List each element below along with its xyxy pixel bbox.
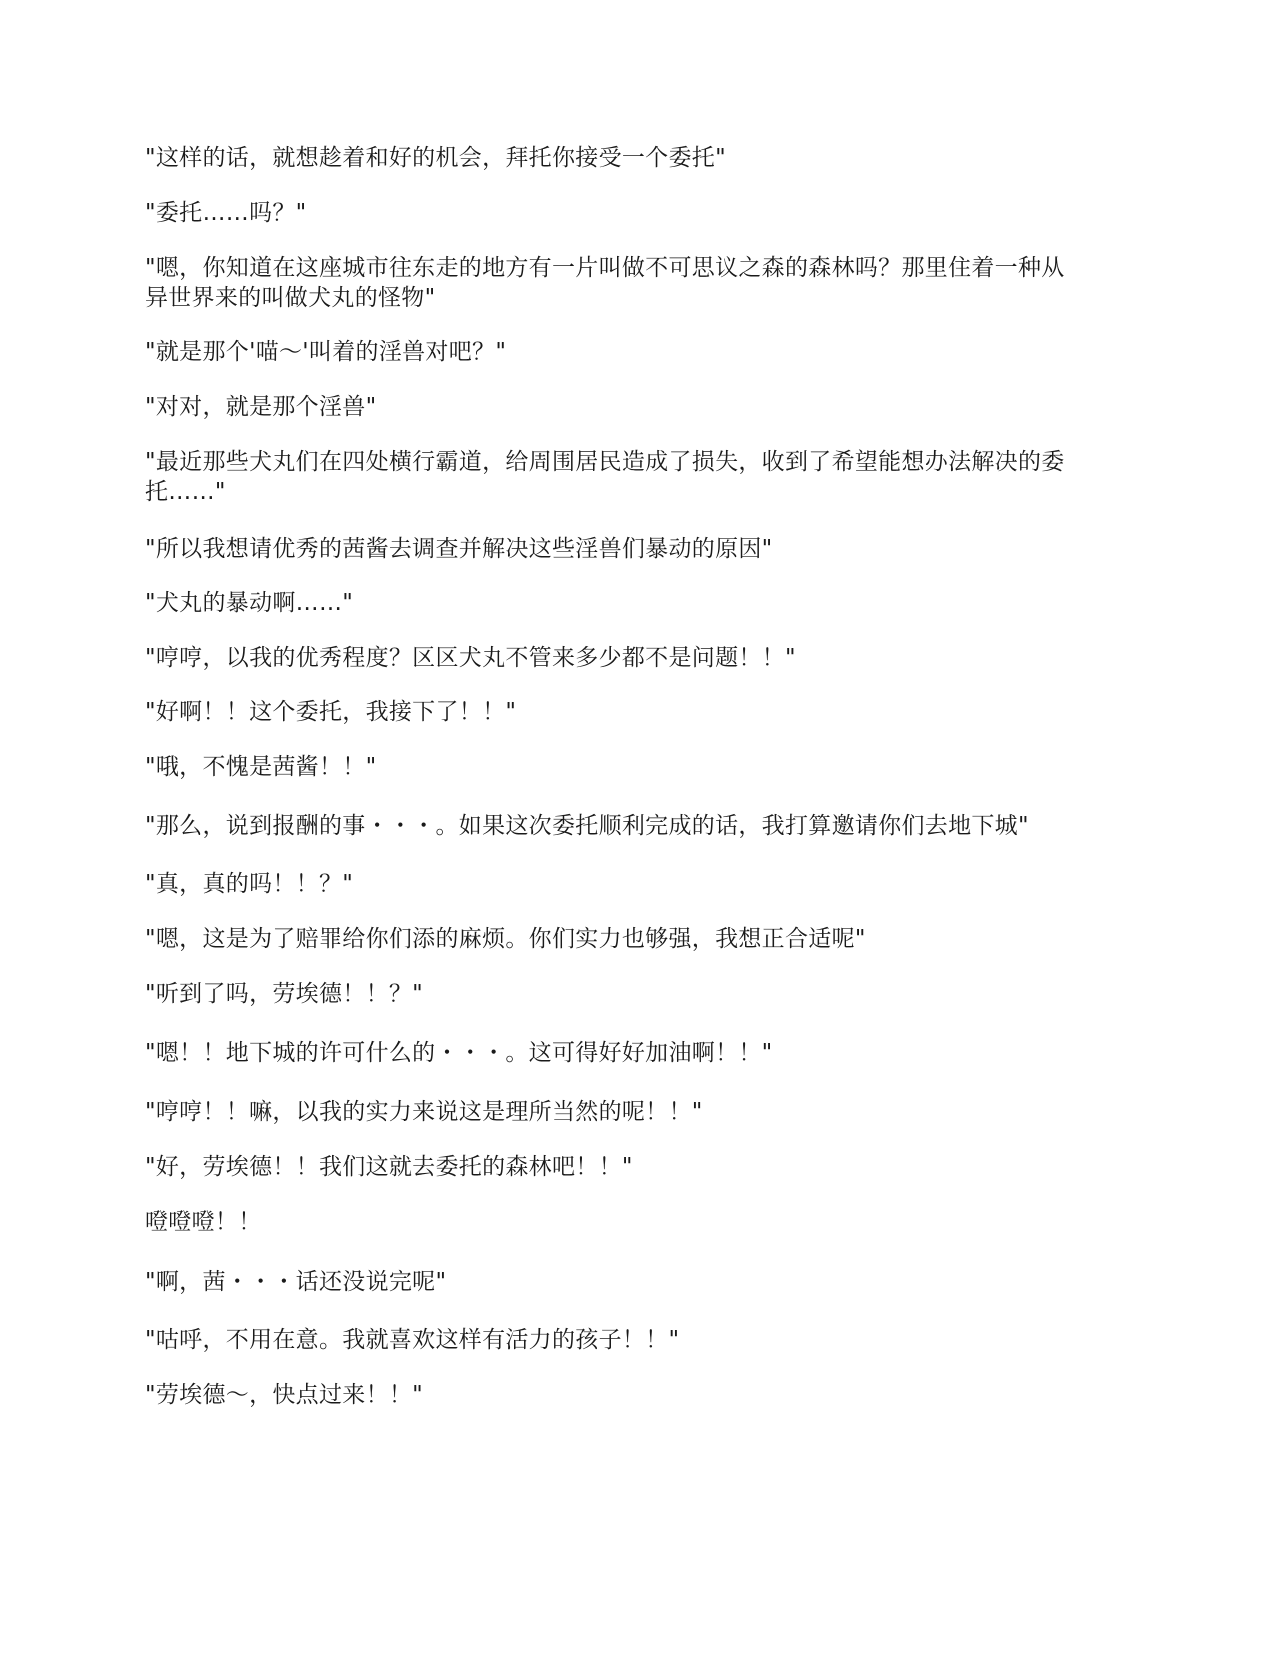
dialogue-paragraph: "哼哼，以我的优秀程度？区区犬丸不管来多少都不是问题！！" [145, 643, 1065, 673]
dialogue-paragraph: "啊，茜・・・话还没说完呢" [145, 1267, 1065, 1297]
dialogue-paragraph: "就是那个'喵～'叫着的淫兽对吧？" [145, 337, 1065, 367]
dialogue-paragraph: "那么，说到报酬的事・・・。如果这次委托顺利完成的话，我打算邀请你们去地下城" [145, 811, 1065, 841]
dialogue-paragraph: "咕呼，不用在意。我就喜欢这样有活力的孩子！！" [145, 1325, 1065, 1355]
dialogue-paragraph: "好啊！！这个委托，我接下了！！" [145, 697, 1065, 727]
document-page: "这样的话，就想趁着和好的机会，拜托你接受一个委托" "委托……吗？" "嗯，你… [0, 0, 1280, 1656]
dialogue-paragraph: "对对，就是那个淫兽" [145, 392, 1065, 422]
dialogue-paragraph: "好，劳埃德！！我们这就去委托的森林吧！！" [145, 1152, 1065, 1182]
dialogue-paragraph: "所以我想请优秀的茜酱去调查并解决这些淫兽们暴动的原因" [145, 534, 1065, 564]
dialogue-paragraph: "哼哼！！嘛，以我的实力来说这是理所当然的呢！！" [145, 1097, 1065, 1127]
dialogue-paragraph: "真，真的吗！！？" [145, 869, 1065, 899]
dialogue-paragraph: "劳埃德～，快点过来！！" [145, 1380, 1065, 1410]
dialogue-paragraph: "嗯，这是为了赔罪给你们添的麻烦。你们实力也够强，我想正合适呢" [145, 924, 1065, 954]
dialogue-paragraph: "这样的话，就想趁着和好的机会，拜托你接受一个委托" [145, 143, 1065, 173]
dialogue-paragraph: "委托……吗？" [145, 198, 1065, 228]
dialogue-paragraph: "犬丸的暴动啊……" [145, 588, 1065, 618]
dialogue-paragraph: "哦，不愧是茜酱！！" [145, 752, 1065, 782]
dialogue-paragraph: "听到了吗，劳埃德！！？" [145, 979, 1065, 1009]
dialogue-paragraph: "嗯，你知道在这座城市往东走的地方有一片叫做不可思议之森的森林吗？那里住着一种从… [145, 253, 1065, 313]
dialogue-paragraph: "最近那些犬丸们在四处横行霸道，给周围居民造成了损失，收到了希望能想办法解决的委… [145, 447, 1065, 507]
sound-effect-paragraph: 噔噔噔！！ [145, 1207, 1065, 1237]
dialogue-paragraph: "嗯！！地下城的许可什么的・・・。这可得好好加油啊！！" [145, 1038, 1065, 1068]
